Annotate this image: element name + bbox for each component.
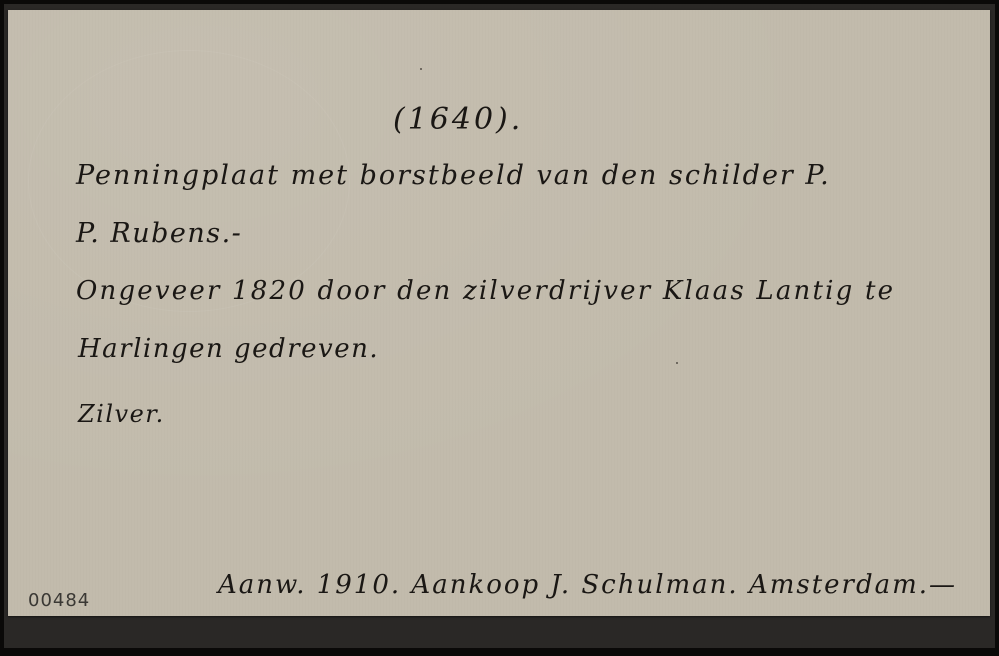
material-line: Zilver.	[78, 400, 165, 428]
description-line-4: Harlingen gedreven.	[78, 334, 379, 364]
inventory-number: 00484	[28, 590, 90, 611]
ink-dot	[420, 68, 422, 70]
description-line-3: Ongeveer 1820 door den zilverdrijver Kla…	[76, 276, 895, 306]
date-heading: (1640).	[393, 102, 523, 137]
ink-dot	[676, 362, 678, 364]
description-line-2: P. Rubens.-	[76, 218, 242, 249]
catalog-card: (1640). Penningplaat met borstbeeld van …	[8, 10, 990, 616]
description-line-1: Penningplaat met borstbeeld van den schi…	[76, 160, 831, 191]
acquisition-line: Aanw. 1910. Aankoop J. Schulman. Amsterd…	[218, 570, 957, 600]
